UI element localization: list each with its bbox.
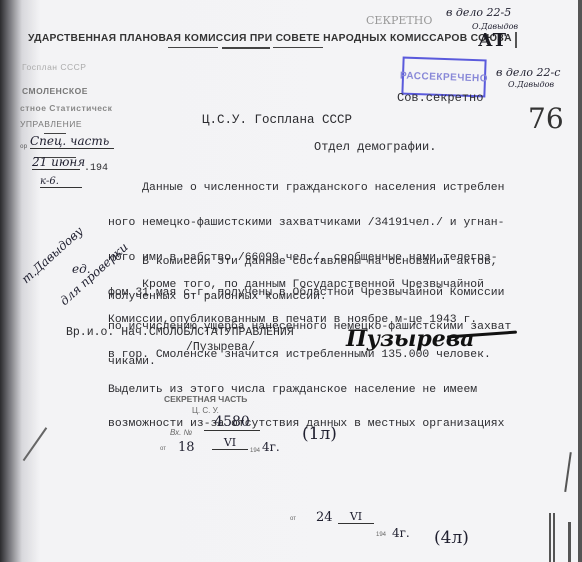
signatory-name: /Пузырева/ [186,342,255,354]
dept-prefix: ор [20,143,27,150]
classification-label: Сов.секретно [397,93,483,105]
scan-line [568,522,571,562]
body-line: ного немецко-фашистскими захватчиками /3… [108,218,511,230]
handwritten-note-file: в дело 22-5 [446,6,511,19]
scan-line [549,513,551,562]
entry-year-suffix: 4г. [262,440,280,454]
entry-date-day: 18 [178,440,195,455]
department-name: Отдел демографии. [314,142,436,154]
handwritten-signature: Пузырева [346,326,474,352]
letterhead-underline [273,47,323,48]
archive-mark: АТ [478,30,506,51]
second-year-suffix: 4г. [392,526,410,540]
body-line: Данные о численности гражданского населе… [108,183,511,195]
margin-note-initials: ед. [72,262,91,276]
handwritten-date: 21 июня [32,155,80,170]
page-edge [578,0,582,562]
faint-top-stamp: СЕКРЕТНО [366,14,432,27]
handwritten-department: Спец. часть [30,134,114,149]
letterhead-underline [222,47,270,49]
entry-page-count: (1л) [302,424,337,444]
handwritten-page-number: 76 [528,102,564,135]
signatory-position: Вр.и.о. Нач.СМОЛОБЛСТАТУПРАВЛЕНИЯ [66,327,294,339]
scan-line [515,32,517,48]
addressee: Ц.С.У. Госплана СССР [202,115,352,127]
entry-stamp-title: СЕКРЕТНАЯ ЧАСТЬ [164,394,247,404]
scanned-document-page: УДАРСТВЕННАЯ ПЛАНОВАЯ КОМИССИЯ ПРИ СОВЕТ… [0,0,582,562]
second-date-day: 24 [316,510,333,525]
entry-number: 4580 [204,414,260,431]
sender-stamp-line: УПРАВЛЕНИЕ [20,119,82,129]
scan-line [23,427,47,461]
second-date-month: VI [338,510,374,524]
scan-line [553,513,555,562]
letterhead-title: УДАРСТВЕННАЯ ПЛАНОВАЯ КОМИССИЯ ПРИ СОВЕТ… [28,33,512,44]
second-date-prefix: от [290,516,296,522]
letterhead-underline [168,47,218,48]
sender-stamp-line: СМОЛЕНСКОЕ [22,86,88,96]
sender-stamp-line: стное Статистическ [20,103,112,113]
handwritten-note-file: в дело 22-с [496,66,560,79]
entry-date-prefix: от [160,446,166,452]
handwritten-note-signature: О.Давыдов [508,80,554,89]
handwritten-number: к-6. [40,176,82,188]
handwritten-note-signature: О.Давыдов [472,22,518,31]
second-year-prefix: 194 [376,532,386,538]
entry-year-prefix: 194 [250,448,260,454]
scan-line [564,452,571,492]
body-line: Комиссии,опубликованным в печати в ноябр… [108,315,504,327]
entry-number-label: Вх. № [170,428,192,437]
body-line: Кроме того, по данным Государственной Чр… [108,280,504,292]
second-page-count: (4л) [434,528,469,548]
margin-note-line: для проверки [57,240,131,308]
year-prefix: .194 [84,163,108,175]
entry-date-month: VI [212,436,248,450]
sender-stamp-line: Госплан СССР [22,62,86,72]
